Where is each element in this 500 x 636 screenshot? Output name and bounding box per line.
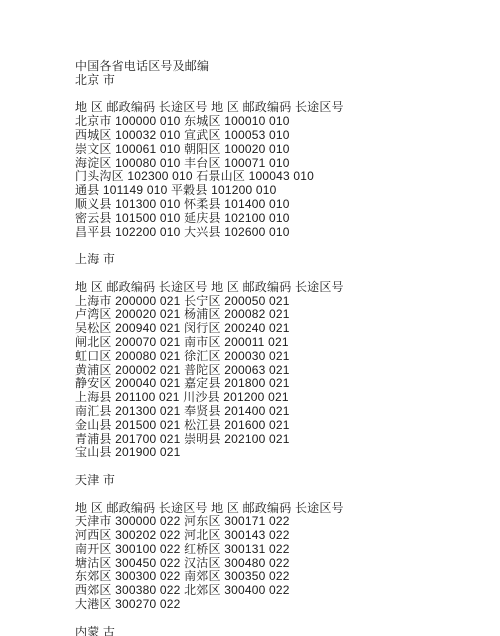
table-row: 西郊区 300380 022 北郊区 300400 022 — [75, 584, 490, 598]
table-row: 昌平县 102200 010 大兴县 102600 010 — [75, 226, 490, 240]
document-body: 北京 市 地 区 邮政编码 长途区号 地 区 邮政编码 长途区号北京市 1000… — [75, 74, 490, 636]
table-row: 虹口区 200080 021 徐汇区 200030 021 — [75, 350, 490, 364]
table-row: 闸北区 200070 021 南市区 200011 021 — [75, 336, 490, 350]
table-row: 密云县 101500 010 延庆县 102100 010 — [75, 212, 490, 226]
table-row: 西城区 100032 010 宣武区 100053 010 — [75, 129, 490, 143]
table-row: 河西区 300202 022 河北区 300143 022 — [75, 529, 490, 543]
blank-line — [75, 612, 490, 626]
table-row: 吴松区 200940 021 闵行区 200240 021 — [75, 322, 490, 336]
table-row: 东郊区 300300 022 南郊区 300350 022 — [75, 570, 490, 584]
document-page: 中国各省电话区号及邮编 北京 市 地 区 邮政编码 长途区号 地 区 邮政编码 … — [0, 0, 500, 636]
table-row: 上海县 201100 021 川沙县 201200 021 — [75, 391, 490, 405]
blank-line — [75, 460, 490, 474]
table-row: 崇文区 100061 010 朝阳区 100020 010 — [75, 143, 490, 157]
table-row: 金山县 201500 021 松江县 201600 021 — [75, 419, 490, 433]
table-row: 北京市 100000 010 东城区 100010 010 — [75, 115, 490, 129]
document-title: 中国各省电话区号及邮编 — [75, 60, 490, 74]
table-row: 天津市 300000 022 河东区 300171 022 — [75, 515, 490, 529]
table-row: 顺义县 101300 010 怀柔县 101400 010 — [75, 198, 490, 212]
section-title-tianjin: 天津 市 — [75, 474, 490, 488]
blank-line — [75, 488, 490, 502]
blank-line — [75, 239, 490, 253]
blank-line — [75, 267, 490, 281]
section-title-shanghai: 上海 市 — [75, 253, 490, 267]
table-row: 宝山县 201900 021 — [75, 446, 490, 460]
table-row: 南汇县 201300 021 奉贤县 201400 021 — [75, 405, 490, 419]
table-row: 青浦县 201700 021 崇明县 202100 021 — [75, 433, 490, 447]
table-row: 南开区 300100 022 红桥区 300131 022 — [75, 543, 490, 557]
table-header-shanghai: 地 区 邮政编码 长途区号 地 区 邮政编码 长途区号 — [75, 281, 490, 295]
section-title-beijing: 北京 市 — [75, 74, 490, 88]
table-row: 大港区 300270 022 — [75, 598, 490, 612]
table-row: 通县 101149 010 平穀县 101200 010 — [75, 184, 490, 198]
section-title-partial: 内蒙 古 — [75, 626, 490, 636]
